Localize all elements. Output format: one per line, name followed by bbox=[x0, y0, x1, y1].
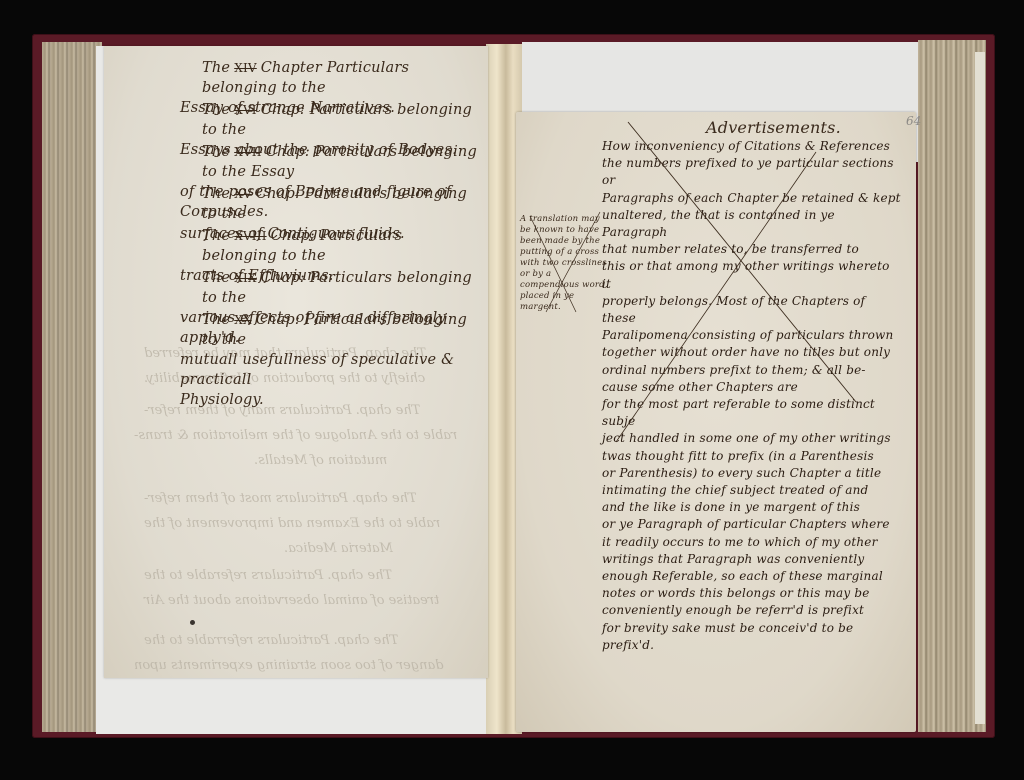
page-heading: Advertisements. bbox=[706, 118, 841, 138]
margin-note: A translation may be known to have been … bbox=[520, 214, 608, 313]
endpaper-right bbox=[975, 52, 985, 724]
ink-spot bbox=[190, 620, 195, 625]
advertisement-text: How inconveniency of Citations & Referen… bbox=[602, 138, 902, 654]
right-manuscript-page: 64 Advertisements. How inconveniency of … bbox=[516, 112, 916, 732]
page-edges-left bbox=[42, 42, 102, 732]
folio-number: 64 bbox=[906, 114, 921, 128]
chapter-entry-xx: TheXXChap: Particulars belonging to the … bbox=[180, 310, 480, 410]
left-manuscript-page: The chap. Particulars that may be referr… bbox=[104, 46, 488, 678]
